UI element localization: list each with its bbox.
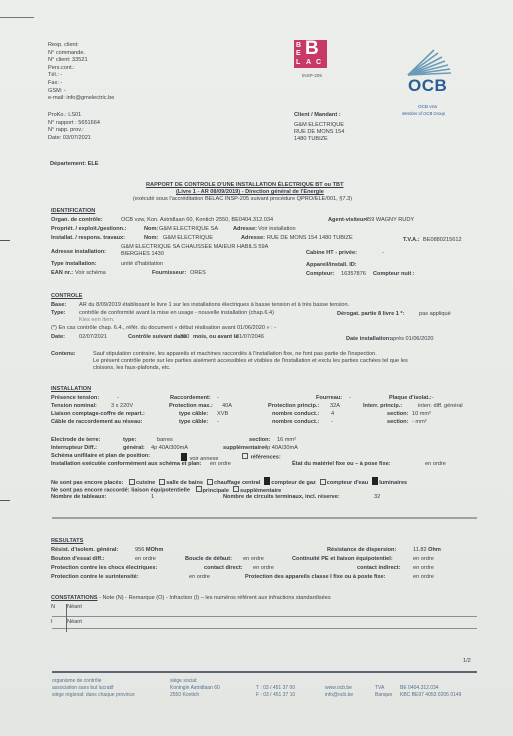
control-heading: CONTROLE [51,293,82,300]
equipment-state-value: en ordre [425,461,446,468]
provisional-report-number: N° rapp. prov.: [48,127,100,135]
report-date: Date: 03/07/2021 [48,135,100,143]
insulation-value: 956 [135,547,144,553]
night-meter-label: Compteur nuit : [373,271,415,278]
findings-column-divider [66,604,67,632]
report-title: RAPPORT DE CONTROLE D'UNE INSTALLATION É… [146,182,344,189]
next-control-label: Contrôle suivant dans [128,334,187,341]
organ-label: Organ. de contrôle: [51,217,103,224]
footer-text: F : 03 / 451 37 10 [256,692,295,699]
insulation-label: Résist. d'isolem. général: [51,547,118,554]
link-conductors-label: nombre conduct.: [272,411,319,418]
cabin-label: Cabine HT - privée: [306,250,357,257]
installer-address: RUE DE MONS 154 1480 TUBIZE [267,235,353,242]
voltage-label: Tension nominal: [51,403,97,410]
dispersion-value: 11.82 [413,547,427,553]
next-control-mid: mois, ou avant le [193,334,238,341]
checkbox-label: supplémentaire [240,488,281,494]
control-date-value: 02/07/2021 [79,334,107,341]
findings-header: CONSTATATIONS - Note (N) - Remarque (O) … [51,595,331,602]
electrode-section-value: 16 mm² [277,437,296,444]
footer-ids: BE 0404.312.034 KBC BE97 4053 0205 0149 [400,685,461,699]
sleeve-label: Fourreau: [316,395,342,402]
device-id-label: Appareil/install. ID: [306,262,357,269]
installation-type-value: unité d'habitation [121,261,163,268]
rcd-general-label: général: [123,445,145,452]
continuity-value: en ordre [413,556,434,563]
footer-text: siège social: [170,678,220,685]
findings-row-divider [52,628,477,629]
link-label: Liaison comptage-coffre de repart.: [51,411,145,418]
test-button-label: Bouton d'essai diff.: [51,556,105,563]
direct-contact-label: contact direct: [204,565,243,572]
owner-address-label: Adresse: [233,226,257,233]
belac-code: INSP-205 [302,73,322,78]
executed-label: Installation exécutée conformément aux s… [51,461,201,468]
owner-address: Voir installation [258,226,296,233]
cabin-value: - [382,250,384,257]
link-section-value: 10 mm² [412,411,431,418]
presence-label: Présence tension: [51,395,99,402]
client-line1: G&M ELECTRIQUE [294,122,344,129]
executed-value: en ordre [210,461,231,468]
checkbox-icon[interactable] [233,486,239,492]
supplier-label: Fournisseur: [152,270,186,277]
installation-address-line2: BIERGHES 1430 [121,251,164,258]
footer-text: Banque [375,692,392,699]
indirect-contact-value: en ordre [413,565,434,572]
finding-code: N [51,604,55,611]
checkbox-option[interactable]: compteur d'eau [319,480,368,486]
electrode-type-value: barres [157,437,173,444]
footer-divider [52,671,477,673]
footer-org: organisme de contrôle association sans b… [52,678,135,700]
department: Département: ELE [50,161,99,168]
footer-text: 2550 Kontich [170,692,220,699]
content-line3: cloisons, les faux-plafonds, etc. [93,365,171,372]
belac-letter: A [306,59,311,66]
checkbox-checked-icon[interactable] [181,453,187,461]
main-switch-label: Interr. princip.: [363,403,402,410]
belac-logo: B E B L A C [294,40,327,68]
overcurrent-label: Protection contre le surintensité: [51,574,139,581]
belac-big-b: B [305,41,325,57]
installation-heading: INSTALLATION [51,386,91,393]
punch-mark [0,500,10,501]
fault-loop-value: en ordre [243,556,264,563]
footer-text: T : 03 / 451 37 00 [256,685,295,692]
belac-letter: E [296,50,301,57]
organ-value: OCB vzw, Kon. Astridlaan 60, Kontich 255… [121,217,273,224]
direct-contact-value: en ordre [253,565,274,572]
grid-cable-label: Câble de raccordement au réseau: [51,419,142,426]
installation-address-label: Adresse installation: [51,249,106,256]
connection-value: - [217,395,219,402]
punch-mark [0,240,10,241]
circuits-count-value: 32 [374,494,380,501]
max-protection-value: 40A [222,403,232,410]
owner-name: G&M ELECTRIQUE SA [159,226,218,233]
footer-text: BE 0404.312.034 [400,685,461,692]
presence-value: - [117,395,119,402]
rcd-supp-label: supplémentaire: [223,445,266,452]
finding-text: Néant [67,619,82,626]
checkbox-icon[interactable] [242,453,248,459]
footer-text: TVA [375,685,392,692]
content-line1: Sauf stipulation contraire, les appareil… [93,351,377,358]
belac-letter: L [296,59,300,66]
supplier-value: ORES [190,270,206,277]
report-subtitle: (Livre 1 - AR 08/09/2019) - Direction gé… [176,189,324,196]
vat-value: BE0880215612 [423,237,462,244]
continuity-label: Continuité PE et liaison équipotentiel: [292,556,393,563]
checkbox-option[interactable]: luminaires [371,480,407,486]
report-number: N° rapport : 5651664 [48,120,100,128]
meter-value: 16357876 [341,271,366,278]
base-value: AR du 8/09/2019 établissant le livre 1 s… [79,302,349,309]
fax: Fax: - [48,80,114,88]
finding-text: Néant [67,604,82,611]
grid-cable-conductors-value: - [331,419,333,426]
not-connected-label: Ne sont pas encore raccordé: liaison équ… [51,488,190,494]
rcd-general-value: 4p 40A/300mA [151,445,188,452]
installation-date-value: après 01/06/2020 [390,336,434,343]
installer-name-label: Nom: [144,235,158,242]
ean-label: EAN nr.: [51,270,73,277]
footer-web: www.ocb.be info@ocb.be [325,685,353,699]
grid-cable-section-value: - mm² [412,419,427,426]
checkbox-label: compteur d'eau [327,480,368,486]
checkbox-icon[interactable] [196,486,202,492]
boards-count-value: 1 [151,494,154,501]
fault-loop-label: Boucle de défaut: [185,556,232,563]
link-section-label: section: [387,411,408,418]
class1-protection-label: Protection des appareils classe I fixe o… [245,574,386,581]
footer-text: association sans but lucratif [52,685,135,692]
main-switch-value: interr. diff. général [418,403,463,410]
derogation-value: pas appliqué [419,311,451,318]
footer-text: Koningin Astridlaan 60 [170,685,220,692]
email: e-mail: info@gmelectric.be [48,95,114,103]
proko: ProKo.: LS01 [48,112,100,120]
belac-letter: C [316,59,321,66]
equipment-state-label: État du matériel fixe ou – à pose fixe: [292,461,391,468]
identification-heading: IDENTIFICATION [51,208,95,215]
max-protection-label: Protection max.: [169,403,213,410]
control-type-placeholder: Kies een item. [79,317,114,324]
electrode-section-label: section: [249,437,270,444]
report-reference-block: ProKo.: LS01 N° rapport : 5651664 N° rap… [48,112,100,142]
voltage-value: 3 x 220V [111,403,133,410]
link-cable-label: type câble: [179,411,208,418]
client-number: N° client: 33521 [48,57,114,65]
checkbox-label: principale [203,488,229,494]
installer-label: Installat. / respons. travaux: [51,235,125,242]
grid-cable-section-label: section: [387,419,408,426]
client-line3: 1480 TUBIZE [294,136,328,143]
report-page: Resp. client: N° commande. N° client: 33… [0,0,513,736]
class1-protection-value: en ordre [413,574,434,581]
ocb-rays-icon [404,48,454,76]
derogation-label: Dérogat. partie 8 livre 1 *: [337,311,404,318]
ean-value: Voir schéma [75,270,106,277]
checkbox-option[interactable]: supplémentaire [232,488,281,494]
link-cable-value: XVB [217,411,228,418]
isolation-plate-value: - [432,395,434,402]
earth-electrode-label: Electrode de terre: [51,437,100,444]
rcd-label: Interrupteur Diff.: [51,445,97,452]
owner-label: Propriét. / exploit./gestionn.: [51,226,127,233]
installer-address-label: Adresse: [241,235,265,242]
rcd-supp-value: 4p 40A/30mA [264,445,298,452]
results-heading: RESULTATS [51,538,83,545]
order-number: N° commande. [48,50,114,58]
sleeve-value: - [349,395,351,402]
overcurrent-value: en ordre [189,574,210,581]
footer-text: KBC BE97 4053 0205 0149 [400,692,461,699]
footer-phone: T : 03 / 451 37 00 F : 03 / 451 37 10 [256,685,295,699]
grid-cable-type-label: type câble: [179,419,208,426]
connection-label: Raccordement: [170,395,211,402]
schema-option-references-label: références: [251,455,281,461]
report-accreditation: (exécuté sous l'accréditation BELAC INSP… [133,196,352,203]
link-conductors-value: 4 [331,411,334,418]
installation-address-line1: G&M ELECTRIQUE SA CHAUSSEE MAIEUR HABILS… [121,244,268,251]
schema-label: Schéma unifilaire et plan de position: [51,453,150,460]
agent-label: Agent-visiteur: [328,217,367,224]
circuits-count-label: Nombre de circuits terminaux, incl. rése… [223,494,340,501]
belac-letter: B [296,42,301,49]
checkbox-label: luminaires [379,480,407,486]
footer-website-link[interactable]: www.ocb.be [325,685,353,692]
dispersion-label: Résistance de dispersion: [327,547,396,554]
main-protection-value: 32A [330,403,340,410]
section-divider [52,517,477,519]
checkbox-option[interactable]: principale [195,488,229,494]
footer-text: siège régional: dans chaque province [52,692,135,699]
vat-label: T.V.A.: [403,237,420,244]
contact-person: Pers.cont.: [48,65,114,73]
footer-address: siège social: Koningin Astridlaan 60 255… [170,678,220,700]
indirect-contact-label: contact indirect: [357,565,401,572]
grid-cable-type-value: - [217,419,219,426]
content-line2: Le présent contrôle porte sur les partie… [93,358,408,365]
control-date-label: Date: [51,334,65,341]
footer-labels: TVA Banque [375,685,392,699]
resp-client: Resp. client: [48,42,114,50]
ocb-vzw: OCB vzw [418,104,437,109]
next-control-months: 300 [180,334,189,341]
checkbox-icon[interactable] [320,479,326,485]
installation-date-label: Date installation: [346,336,391,343]
client-reference-block: Resp. client: N° commande. N° client: 33… [48,42,114,103]
isolation-plate-label: Plaque d'isolat.: [389,395,432,402]
checkbox-checked-icon[interactable] [264,477,270,485]
checkbox-icon[interactable] [207,479,213,485]
checkbox-icon[interactable] [159,479,165,485]
punch-mark [0,17,34,18]
test-button-value: en ordre [135,556,156,563]
findings-heading: CONSTATATIONS [51,595,98,601]
footer-text: organisme de contrôle [52,678,135,685]
phone: Tél.: - [48,72,114,80]
client-label: Client / Mandant : [294,112,341,119]
grid-cable-conductors-label: nombre conduct.: [272,419,319,426]
main-protection-label: Protection princip.: [268,403,319,410]
content-label: Contenu: [51,351,76,358]
control-type-value: contrôle de conformité avant la mise en … [79,310,274,317]
dispersion-unit: Ohm [428,547,441,553]
installer-name: G&M ELECTRIQUE [163,235,213,242]
boards-count-label: Nombre de tableaux: [51,494,106,501]
owner-name-label: Nom: [144,226,158,233]
checkbox-icon[interactable] [129,479,135,485]
control-note: (*) En cas contrôle chap. 6.4., référ. d… [51,325,276,332]
client-line2: RUE DE MONS 154 [294,129,344,136]
agent-value: 459 WAGNY RUDY [365,217,414,224]
finding-code: I [51,619,53,626]
shock-protection-label: Protection contre les chocs électriques: [51,565,157,572]
ocb-logo-text: OCB [408,76,447,96]
findings-row-divider [52,616,477,617]
next-control-date: 31/07/2046 [236,334,264,341]
checkbox-checked-icon[interactable] [372,477,378,485]
findings-legend: - Note (N) - Remarque (O) - Infraction (… [99,595,331,601]
control-type-label: Type: [51,310,66,317]
meter-label: Compteur: [306,271,334,278]
electrode-type-label: type: [123,437,136,444]
gsm: GSM: - [48,88,114,96]
footer-email-link[interactable]: info@ocb.be [325,692,353,699]
insulation-unit: MOhm [146,547,163,553]
schema-option-references[interactable]: références: [241,453,281,462]
installation-type-label: Type installation: [51,261,97,268]
base-label: Base: [51,302,66,309]
ocb-member: Member of OCB Group [402,111,445,116]
page-number: 1/2 [463,658,471,665]
